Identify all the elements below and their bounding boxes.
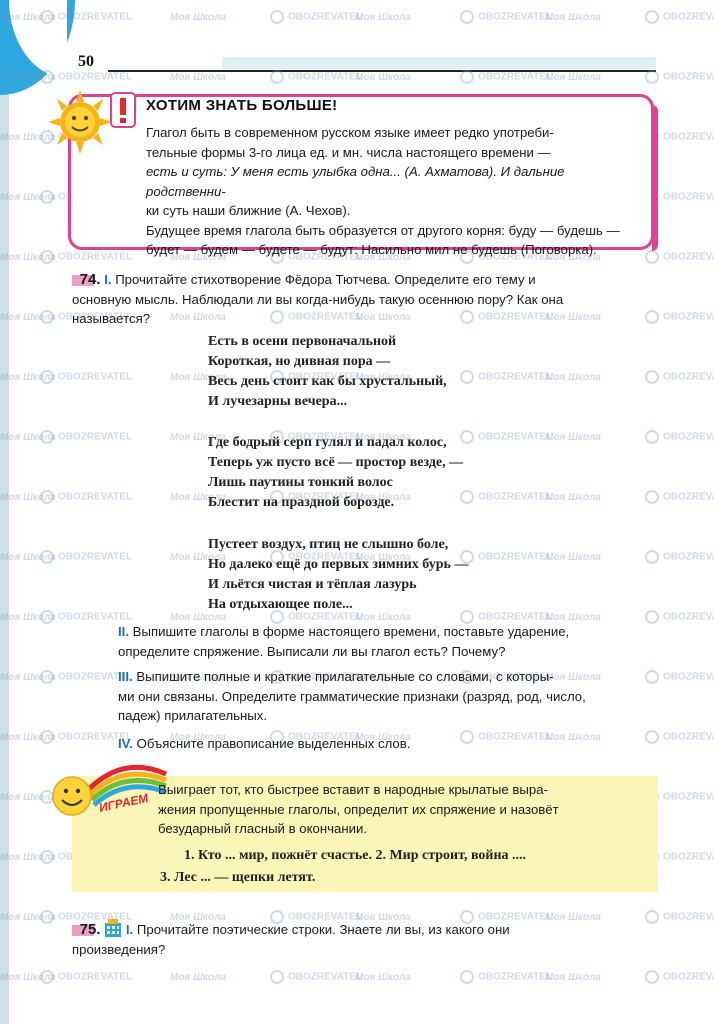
game-line: жения пропущенные глаголы, определит их … (158, 800, 658, 820)
poem-line: И лучезарны вечера... (208, 392, 447, 412)
poem-line: Весь день стоит как бы хрустальный, (208, 372, 447, 392)
poem-line: На отдыхающее поле... (208, 595, 468, 615)
task-74-part-2: II. Выпишите глаголы в форме настоящего … (118, 622, 663, 661)
poem-line: Есть в осени первоначальной (208, 332, 447, 352)
task-line: ми они связаны. Определите грамматически… (118, 689, 586, 704)
poem-line: Лишь паутины тонкий волос (208, 473, 463, 493)
part-roman: IV. (118, 736, 133, 751)
poem-line: Теперь уж пусто всё — простор везде, — (208, 453, 463, 473)
info-line: ки суть наши ближние (А. Чехов). (146, 201, 646, 221)
task-74-part-3: III. Выпишите полные и краткие прилагате… (118, 667, 663, 726)
library-building-icon (104, 918, 122, 938)
task-74-part-1: 74. I. Прочитайте стихотворение Фёдора Т… (72, 270, 662, 329)
page-edge-strip (0, 0, 9, 1024)
poem-stanza-1: Есть в осени первоначальной Короткая, но… (208, 332, 447, 412)
task-line: Объясните правописание выделенных слов. (137, 736, 411, 751)
game-examples: 1. Кто ... мир, пожнёт счастье. 2. Мир с… (160, 845, 660, 889)
poem-line: Где бодрый серп гулял и падал колос, (208, 433, 463, 453)
info-line: Глагол быть в современном русском языке … (146, 123, 646, 143)
task-74-part-4: IV. Объясните правописание выделенных сл… (118, 734, 663, 754)
header-band (222, 57, 656, 69)
smiley-rainbow-icon: ИГРАЕМ (48, 760, 168, 820)
part-roman: III. (118, 669, 133, 684)
task-line: называется? (72, 311, 150, 326)
info-line: будет — будем — будете — будут: Насильно… (146, 240, 646, 260)
task-line: падеж) прилагательных. (118, 708, 267, 723)
info-line: тельные формы 3-го лица ед. и мн. числа … (146, 143, 646, 163)
page-corner-decoration (0, 0, 75, 95)
poem-line: Короткая, но дивная пора — (208, 352, 447, 372)
game-example-line: 1. Кто ... мир, пожнёт счастье. 2. Мир с… (160, 845, 660, 867)
header-rule (108, 70, 656, 72)
poem-line: И льётся чистая и тёплая лазурь (208, 575, 468, 595)
task-line: основную мысль. Наблюдали ли вы когда-ни… (72, 292, 563, 307)
game-text: Выиграет тот, кто быстрее вставит в наро… (158, 780, 658, 839)
task-line: Прочитайте стихотворение Фёдора Тютчева.… (115, 272, 535, 287)
part-roman: II. (118, 624, 129, 639)
poem-line: Блестит на праздной борозде. (208, 493, 463, 513)
task-number: 74. (80, 271, 101, 288)
game-line: Выиграет тот, кто быстрее вставит в наро… (158, 780, 658, 800)
poem-stanza-3: Пустеет воздух, птиц не слышно боле, Но … (208, 535, 468, 615)
exclamation-icon (110, 92, 136, 128)
info-line: есть и суть: У меня есть улыбка одна... … (146, 162, 646, 201)
task-line: Выпишите глаголы в форме настоящего врем… (133, 624, 570, 639)
poem-line: Но далеко ещё до первых зимних бурь — (208, 555, 468, 575)
info-box-text: Глагол быть в современном русском языке … (146, 123, 646, 260)
page-number: 50 (78, 53, 94, 71)
task-line: определите спряжение. Выписали ли вы гла… (118, 644, 505, 659)
task-number: 75. (80, 921, 101, 938)
poem-stanza-2: Где бодрый серп гулял и падал колос, Теп… (208, 433, 463, 513)
part-roman: I. (104, 272, 111, 287)
task-line: Выпишите полные и краткие прилагательные… (136, 669, 553, 684)
info-box-title: ХОТИМ ЗНАТЬ БОЛЬШЕ! (146, 97, 337, 114)
game-example-line: 3. Лес ... — щепки летят. (160, 867, 660, 889)
info-line: Будущее время глагола быть образуется от… (146, 221, 646, 241)
game-line: безударный гласный в окончании. (158, 819, 658, 839)
task-line: произведения? (72, 942, 165, 957)
task-75-part-1: 75. I. Прочитайте поэтические строки. Зн… (72, 918, 662, 959)
part-roman: I. (126, 922, 133, 937)
poem-line: Пустеет воздух, птиц не слышно боле, (208, 535, 468, 555)
task-line: Прочитайте поэтические строки. Знаете ли… (137, 922, 510, 937)
